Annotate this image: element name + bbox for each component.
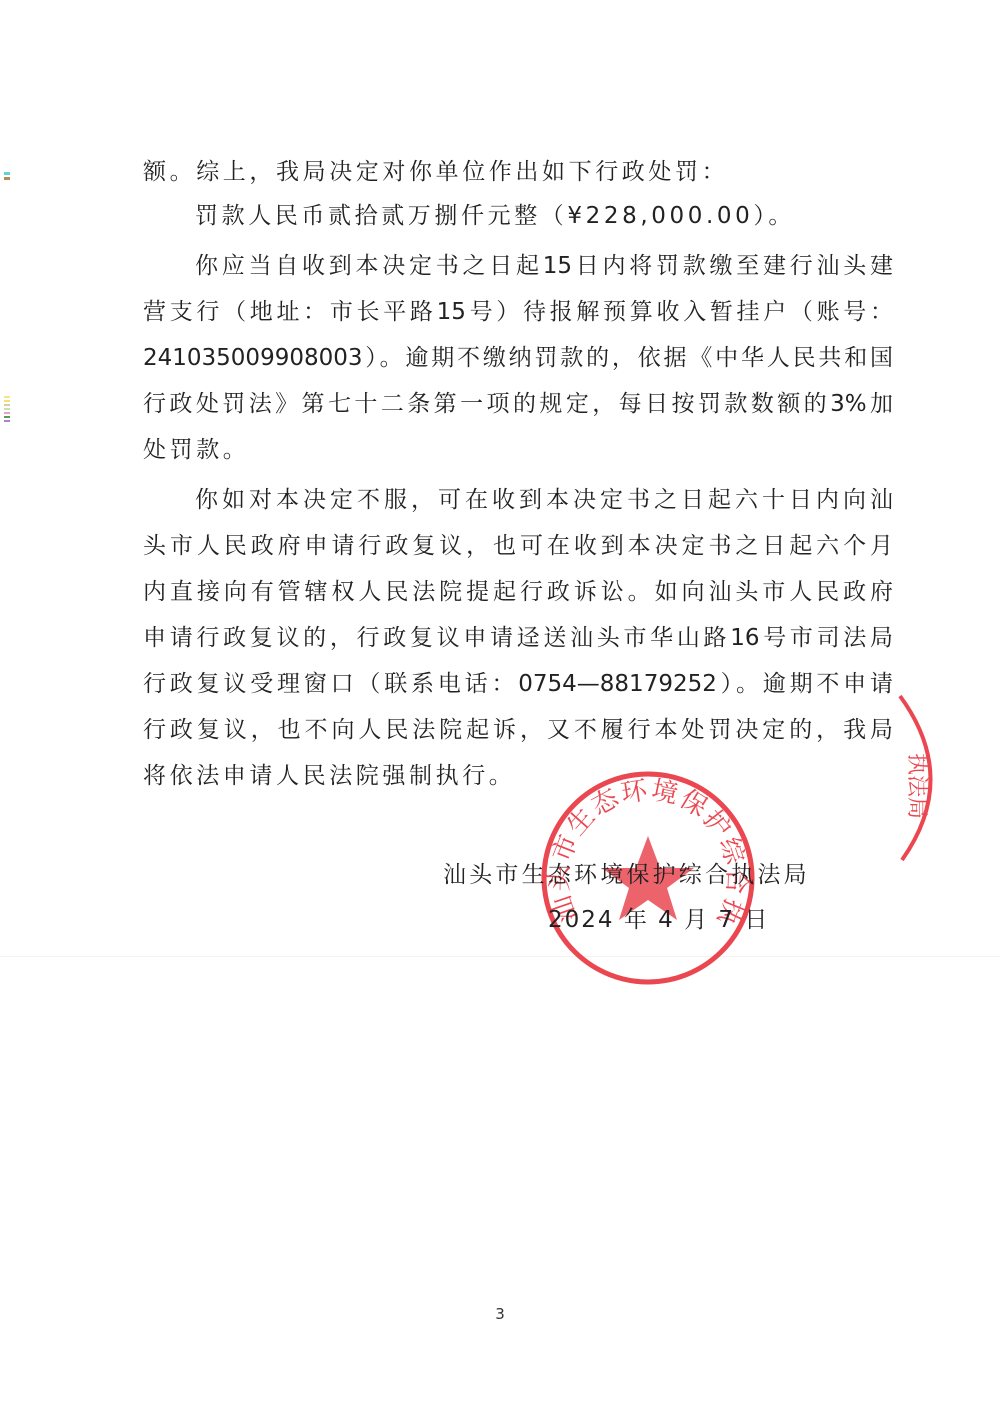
issuer-signature: 汕头市生态环境保护综合执法局 xyxy=(443,857,810,893)
appeal-line-2: 头市人民政府申请行政复议，也可在收到本决定书之日起六个月 xyxy=(143,528,893,564)
scan-mark-bottom xyxy=(4,396,10,424)
body-line-1: 额。综上，我局决定对你单位作出如下行政处罚： xyxy=(143,154,893,190)
body-line-6: 行政处罚法》第七十二条第一项的规定，每日按罚款数额的3%加 xyxy=(143,386,893,422)
account-number-line: 241035009908003）。逾期不缴纳罚款的，依据《中华人民共和国 xyxy=(143,340,893,376)
appeal-line-1: 你如对本决定不服，可在收到本决定书之日起六十日内向汕 xyxy=(195,482,893,518)
appeal-line-4: 申请行政复议的，行政复议申请迳送汕头市华山路16号市司法局 xyxy=(143,620,893,656)
issue-date: 2024 年 4 月 7 日 xyxy=(548,902,769,938)
fine-amount-line: 罚款人民币贰拾贰万捌仟元整（¥228,000.00）。 xyxy=(195,198,945,234)
body-line-3: 你应当自收到本决定书之日起15日内将罚款缴至建行汕头建 xyxy=(195,248,893,284)
document-page: 额。综上，我局决定对你单位作出如下行政处罚： 罚款人民币贰拾贰万捌仟元整（¥22… xyxy=(0,0,1000,1414)
scan-mark-top xyxy=(4,172,10,182)
scan-artifact-line xyxy=(0,956,1000,957)
appeal-line-3: 内直接向有管辖权人民法院提起行政诉讼。如向汕头市人民政府 xyxy=(143,574,893,610)
partial-seal-text: 执法局 xyxy=(904,753,929,819)
appeal-line-7: 将依法申请人民法院强制执行。 xyxy=(143,758,893,794)
partial-seal-icon: 执法局 xyxy=(880,688,960,868)
contact-phone-line: 行政复议受理窗口（联系电话：0754—88179252）。逾期不申请 xyxy=(143,666,893,702)
page-number: 3 xyxy=(470,1305,530,1323)
appeal-line-6: 行政复议，也不向人民法院起诉，又不履行本处罚决定的，我局 xyxy=(143,712,893,748)
body-line-4: 营支行（地址：市长平路15号）待报解预算收入暂挂户（账号： xyxy=(143,294,893,330)
issue-date-text: 2024 年 4 月 7 日 xyxy=(548,907,769,933)
body-line-7: 处罚款。 xyxy=(143,432,893,468)
